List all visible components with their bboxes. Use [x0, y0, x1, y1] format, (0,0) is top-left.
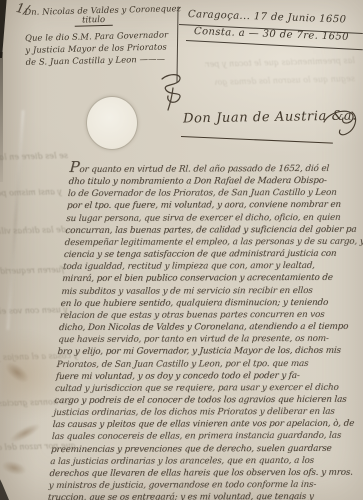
page-edge-dark-bottom-left	[0, 477, 9, 500]
bleedthrough-line: segun que lo usaron los demas governador…	[215, 74, 355, 91]
body-text-line: justicias ordinarias, de los dichos mis …	[53, 406, 350, 419]
bleedthrough-line: se les diere en la dicha villa por quant…	[0, 151, 68, 166]
heading-etc-flourish	[322, 106, 360, 140]
ink-smudge	[1, 459, 27, 477]
body-text-line: y ministros de justicia, governandose en…	[48, 479, 345, 492]
body-text-line: a las justicias ordinarias y los arancel…	[50, 454, 347, 467]
body-text-line: desempeñar legitimamente el empleo, a la…	[64, 236, 361, 249]
bleedthrough-line: las preeminencias que le tocan y pertene…	[205, 56, 355, 73]
body-text-line: toda igualdad, rectitud y limpieza que c…	[63, 260, 360, 273]
date-place-line: Caragoça... 17 de Junio 1650	[188, 9, 347, 26]
paper-seal-impression	[86, 96, 138, 150]
date-consulta-line: Consta. a — 30 de 7re. 1650	[194, 26, 349, 43]
body-text-line: su lugar persona, que sirva de exercer e…	[66, 211, 363, 224]
annotation-description: Que le dio S.M. Para Governadory Justici…	[25, 29, 184, 68]
notary-rubric-flourish	[155, 70, 193, 112]
page-edge-dark-top-left	[0, 0, 11, 58]
manuscript-page: se les diere en la dicha villa por quant…	[0, 0, 363, 500]
letter-body: Por quanto en virtud de Rl. del año pass…	[47, 160, 363, 500]
ink-smudge	[9, 421, 42, 445]
body-text-line: cultad y jurisdiccion que se requiere, p…	[55, 382, 352, 395]
paper-crease	[6, 110, 24, 330]
body-text-line: Por quanto en virtud de Rl. del año pass…	[69, 160, 363, 176]
annotation-titulo-label: titulo	[75, 15, 113, 27]
body-text-line: Prioratos, de San Juan Castillo y Leon, …	[56, 357, 353, 370]
archival-annotation-block: Dn. Nicolas de Valdes y Coronequez titul…	[24, 3, 183, 68]
body-text-line: las quales conocereis de ellas, en prime…	[51, 430, 348, 443]
body-text-line: truccion, que se os entregará; y es mi v…	[47, 491, 344, 500]
bleedthrough-line: de las dichas villas y lugares que luego…	[0, 225, 66, 240]
body-text-line: lo de Governador de los Prioratos, de Sa…	[67, 187, 363, 200]
bleedthrough-line: y ansi mismo por la presente mando a los…	[0, 187, 62, 202]
body-text-line: mis subditos y vasallos y de mi servicio…	[61, 284, 358, 297]
body-text-line: relacion de que estas y otras buenas par…	[59, 309, 356, 322]
page-edge-shadow-left	[0, 52, 3, 182]
body-text-line: que haveis servido, por tanto en virtud …	[58, 333, 355, 346]
heading-underline	[181, 136, 333, 144]
